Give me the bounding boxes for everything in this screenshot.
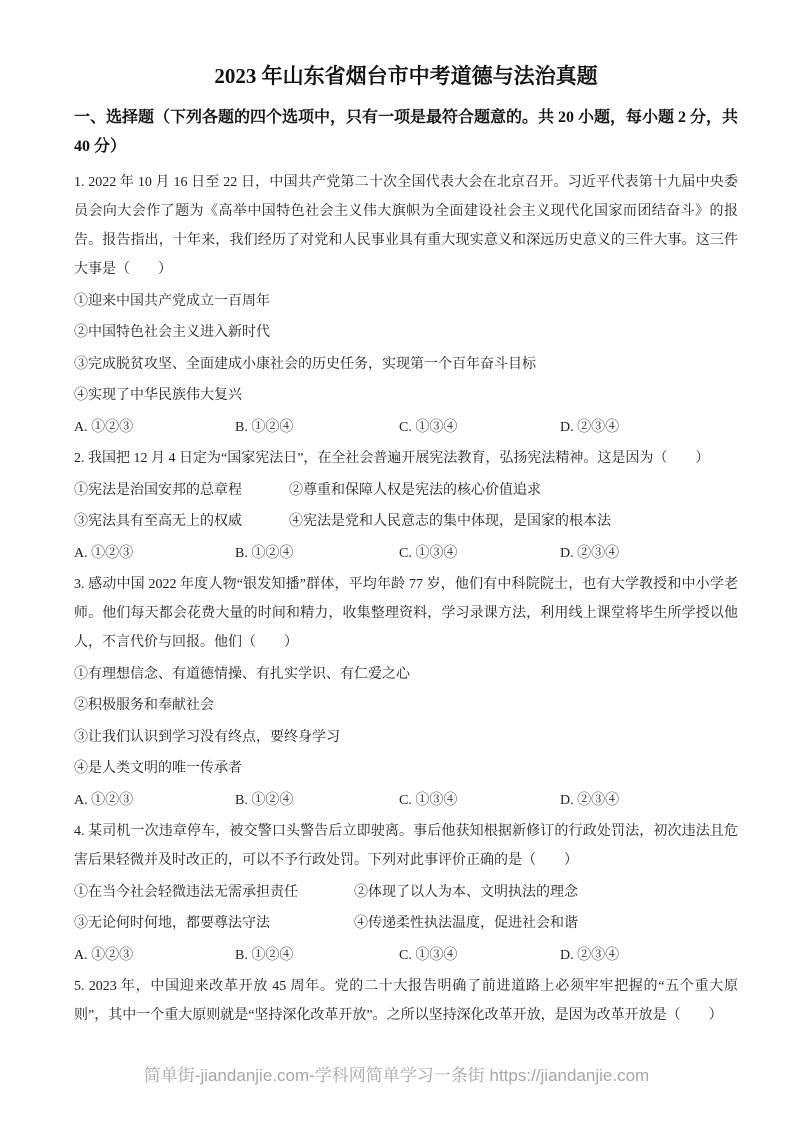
question-4-option-d: D. ②③④ [560,941,738,970]
question-1-item-1: ①迎来中国共产党成立一百周年 [74,287,738,316]
question-2-item-2: ②尊重和保障人权是宪法的核心价值追求 [289,476,738,505]
question-1-option-d: D. ②③④ [560,413,738,442]
question-2-items-row-2: ③宪法具有至高无上的权威 ④宪法是党和人民意志的集中体现，是国家的根本法 [74,507,738,536]
exam-paper-page: { "page": { "title": "2023 年山东省烟台市中考道德与法… [0,0,793,1122]
question-4-option-c: C. ①③④ [399,941,560,970]
question-3-item-3: ③让我们认识到学习没有终点，要终身学习 [74,723,738,752]
question-1-item-4: ④实现了中华民族伟大复兴 [74,381,738,410]
watermark-footer: 简单街-jiandanjie.com-学科网简单学习一条街 https://ji… [0,1064,793,1088]
question-1-item-2: ②中国特色社会主义进入新时代 [74,318,738,347]
question-1-option-a: A. ①②③ [74,413,235,442]
question-2-item-4: ④宪法是党和人民意志的集中体现，是国家的根本法 [289,507,738,536]
question-2-item-3: ③宪法具有至高无上的权威 [74,507,289,536]
question-2-item-1: ①宪法是治国安邦的总章程 [74,476,289,505]
question-4-options-row: A. ①②③ B. ①②④ C. ①③④ D. ②③④ [74,941,738,970]
question-4-items-row-1: ①在当今社会轻微违法无需承担责任 ②体现了以人为本、文明执法的理念 [74,878,738,907]
question-2-stem: 2. 我国把 12 月 4 日定为“国家宪法日”，在全社会普遍开展宪法教育，弘扬… [74,444,738,473]
question-4-option-a: A. ①②③ [74,941,235,970]
question-4-items-row-2: ③无论何时何地，都要尊法守法 ④传递柔性执法温度，促进社会和谐 [74,909,738,938]
question-3: 3. 感动中国 2022 年度人物“银发知播”群体，平均年龄 77 岁，他们有中… [74,570,738,815]
exam-title: 2023 年山东省烟台市中考道德与法治真题 [74,62,738,91]
question-2-options-row: A. ①②③ B. ①②④ C. ①③④ D. ②③④ [74,539,738,568]
question-3-option-c: C. ①③④ [399,786,560,815]
question-3-item-4: ④是人类文明的唯一传承者 [74,754,738,783]
question-1-item-3: ③完成脱贫攻坚、全面建成小康社会的历史任务，实现第一个百年奋斗目标 [74,350,738,379]
question-1-stem: 1. 2022 年 10 月 16 日至 22 日，中国共产党第二十次全国代表大… [74,168,738,284]
question-1-option-c: C. ①③④ [399,413,560,442]
question-3-option-d: D. ②③④ [560,786,738,815]
question-5-stem: 5. 2023 年，中国迎来改革开放 45 周年。党的二十大报告明确了前进道路上… [74,972,738,1030]
question-2-option-b: B. ①②④ [235,539,399,568]
question-3-stem: 3. 感动中国 2022 年度人物“银发知播”群体，平均年龄 77 岁，他们有中… [74,570,738,657]
question-2-option-a: A. ①②③ [74,539,235,568]
question-4-item-4: ④传递柔性执法温度，促进社会和谐 [354,909,738,938]
question-4-item-1: ①在当今社会轻微违法无需承担责任 [74,878,354,907]
question-3-item-1: ①有理想信念、有道德情操、有扎实学识、有仁爱之心 [74,660,738,689]
question-3-item-2: ②积极服务和奉献社会 [74,691,738,720]
exam-document: 2023 年山东省烟台市中考道德与法治真题 一、选择题（下列各题的四个选项中，只… [0,0,793,1030]
question-4: 4. 某司机一次违章停车，被交警口头警告后立即驶离。事后他获知根据新修订的行政处… [74,817,738,970]
question-4-item-2: ②体现了以人为本、文明执法的理念 [354,878,738,907]
question-4-stem: 4. 某司机一次违章停车，被交警口头警告后立即驶离。事后他获知根据新修订的行政处… [74,817,738,875]
question-5: 5. 2023 年，中国迎来改革开放 45 周年。党的二十大报告明确了前进道路上… [74,972,738,1030]
question-1: 1. 2022 年 10 月 16 日至 22 日，中国共产党第二十次全国代表大… [74,168,738,442]
question-3-options-row: A. ①②③ B. ①②④ C. ①③④ D. ②③④ [74,786,738,815]
question-3-option-b: B. ①②④ [235,786,399,815]
question-1-options-row: A. ①②③ B. ①②④ C. ①③④ D. ②③④ [74,413,738,442]
section-heading: 一、选择题（下列各题的四个选项中，只有一项是最符合题意的。共 20 小题，每小题… [74,103,738,161]
question-2-option-d: D. ②③④ [560,539,738,568]
question-2-items-row-1: ①宪法是治国安邦的总章程 ②尊重和保障人权是宪法的核心价值追求 [74,476,738,505]
question-3-option-a: A. ①②③ [74,786,235,815]
question-1-option-b: B. ①②④ [235,413,399,442]
question-4-item-3: ③无论何时何地，都要尊法守法 [74,909,354,938]
question-2-option-c: C. ①③④ [399,539,560,568]
question-2: 2. 我国把 12 月 4 日定为“国家宪法日”，在全社会普遍开展宪法教育，弘扬… [74,444,738,568]
question-4-option-b: B. ①②④ [235,941,399,970]
